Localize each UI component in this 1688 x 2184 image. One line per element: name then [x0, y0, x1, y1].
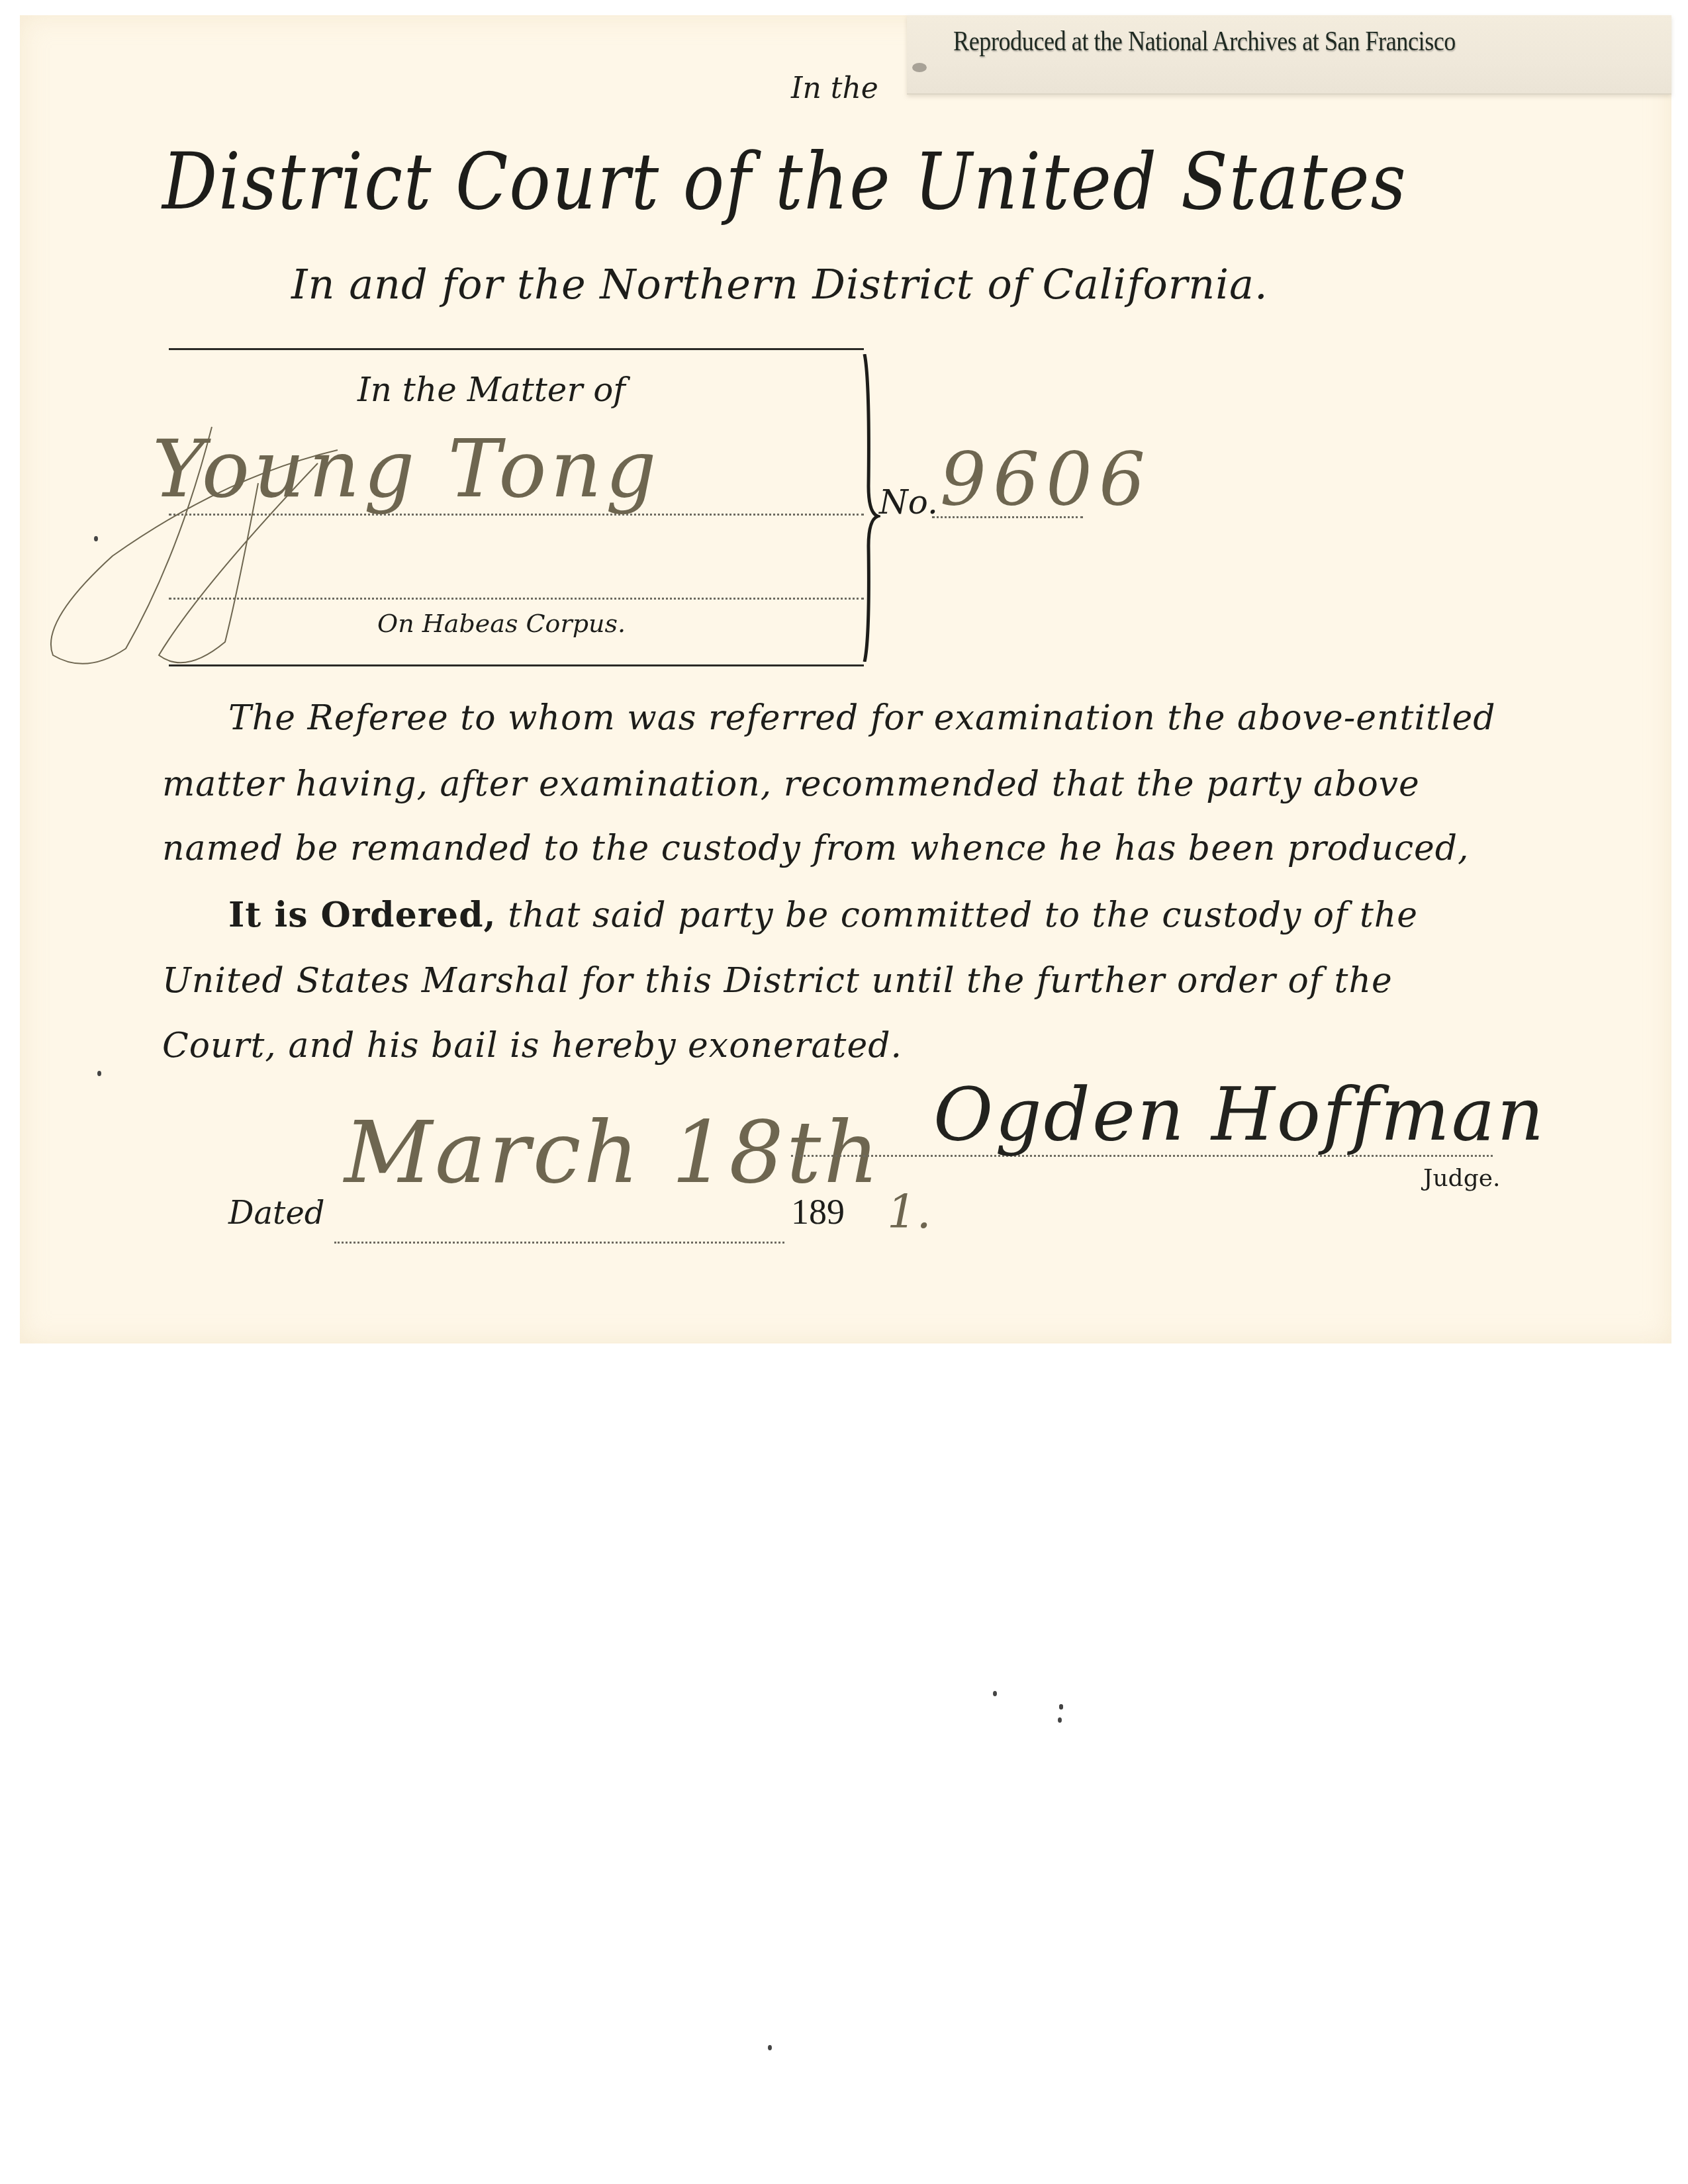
- archive-label: Reproduced at the National Archives at S…: [953, 26, 1551, 58]
- court-title: District Court of the United States: [162, 136, 1407, 227]
- date-line: [334, 1242, 784, 1244]
- it-is-ordered: It is Ordered,: [228, 895, 496, 935]
- header-in-the: In the: [791, 71, 878, 105]
- body-line-2: matter having, after examination, recomm…: [162, 764, 1420, 804]
- speck: [768, 2045, 772, 2050]
- judge-signature: Ogden Hoffman: [933, 1072, 1546, 1157]
- dated-label: Dated: [228, 1195, 325, 1232]
- order-line-1-text: that said party be committed to the cust…: [496, 895, 1418, 935]
- order-line-3: Court, and his bail is hereby exonerated…: [162, 1026, 902, 1066]
- archive-label-strip: Reproduced at the National Archives at S…: [907, 15, 1671, 95]
- speck: [993, 1691, 997, 1696]
- body-line-3: named be remanded to the custody from wh…: [162, 829, 1470, 868]
- body-line-1: The Referee to whom was referred for exa…: [228, 698, 1496, 738]
- handwriting-flourish: [26, 424, 397, 675]
- district-line: In and for the Northern District of Cali…: [291, 260, 1268, 308]
- case-number-label: No.: [879, 483, 938, 522]
- date-handwritten: March 18th: [344, 1102, 882, 1203]
- speck: [1058, 1717, 1062, 1723]
- speck: [97, 1071, 101, 1076]
- speck: [94, 536, 98, 541]
- order-line-1: It is Ordered, that said party be commit…: [228, 895, 1418, 935]
- habeas-corpus-label: On Habeas Corpus.: [377, 609, 626, 638]
- in-the-matter-of: In the Matter of: [357, 371, 626, 409]
- ink-blot: [912, 63, 927, 72]
- speck: [1059, 1704, 1063, 1709]
- year-suffix: 1.: [887, 1185, 931, 1239]
- caption-top-rule: [169, 348, 864, 350]
- judge-label: Judge.: [1423, 1165, 1500, 1192]
- case-number: 9606: [940, 437, 1152, 522]
- brace-icon: [861, 354, 880, 662]
- order-line-2: United States Marshal for this District …: [162, 961, 1393, 1001]
- year-prefix: 189: [791, 1191, 845, 1232]
